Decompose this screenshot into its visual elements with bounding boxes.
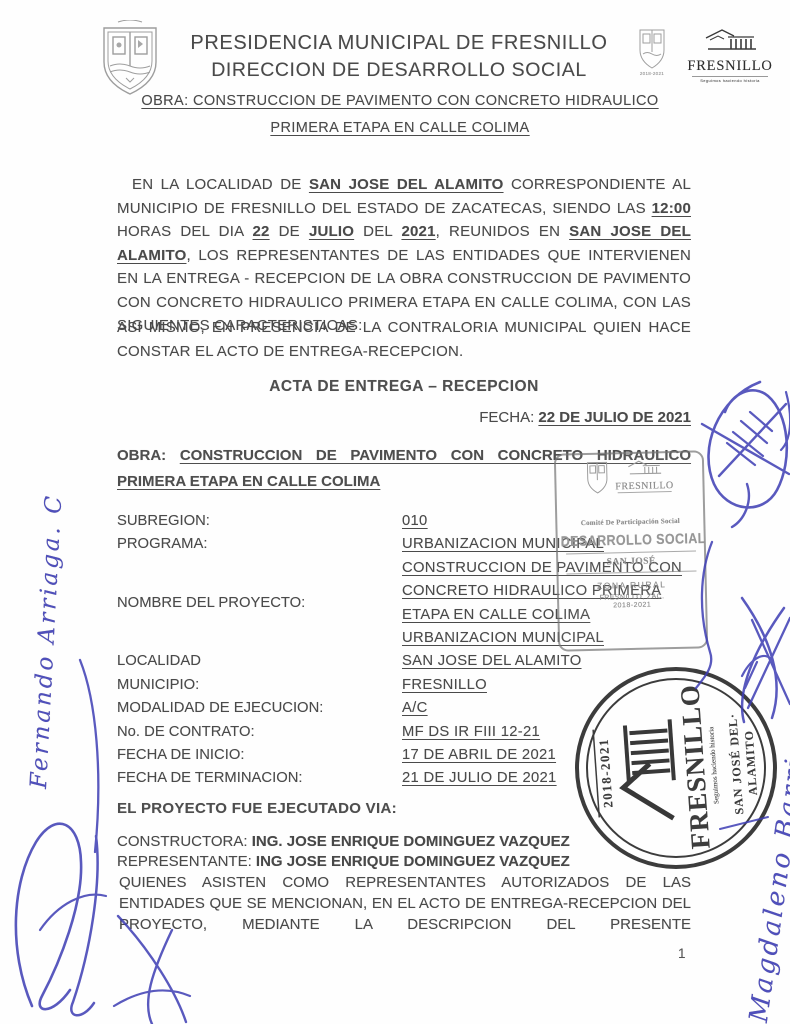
text-run: HORAS DEL DIA: [117, 223, 253, 240]
header-title-line1: PRESIDENCIA MUNICIPAL DE FRESNILLO: [168, 30, 630, 57]
field-label: FECHA DE TERMINACION:: [117, 767, 402, 790]
representante-label: REPRESENTANTE:: [117, 853, 252, 870]
field-label: NOMBRE DEL PROYECTO:: [117, 592, 402, 615]
field-row: MODALIDAD DE EJECUCION:A/C: [117, 697, 691, 720]
acta-title: ACTA DE ENTREGA – RECEPCION: [117, 378, 691, 396]
field-row: SUBREGION:010: [117, 510, 691, 533]
round-stamp-tagline: Seguimos haciendo historia: [707, 726, 720, 805]
obra-section: OBRA: CONSTRUCCION DE PAVIMENTO CON CONC…: [117, 443, 691, 495]
field-value: URBANIZACION MUNICIPAL: [402, 533, 691, 556]
fresnillo-logo: FRESNILLO Seguimos haciendo historia: [686, 28, 774, 83]
field-value-line: CONSTRUCCION DE PAVIMENTO CON: [402, 557, 691, 580]
field-value-line: FRESNILLO: [402, 674, 691, 697]
underlined-text-run: 22: [253, 223, 270, 240]
intro-paragraph: EN LA LOCALIDAD DE SAN JOSE DEL ALAMITO …: [117, 173, 691, 338]
round-stamp-locality2: ALAMITO: [742, 730, 761, 796]
signature-left-curve: [80, 660, 98, 852]
underlined-text-run: SAN JOSE DEL ALAMITO: [309, 176, 504, 193]
field-value-line: URBANIZACION MUNICIPAL: [402, 627, 691, 650]
obra-section-line2: PRIMERA ETAPA EN CALLE COLIMA: [117, 473, 380, 490]
fresnillo-logo-text: FRESNILLO: [686, 58, 774, 75]
field-value: 17 DE ABRIL DE 2021: [402, 744, 691, 767]
field-value: SAN JOSE DEL ALAMITO: [402, 650, 691, 673]
field-row: PROGRAMA:URBANIZACION MUNICIPAL: [117, 533, 691, 556]
field-value-line: 010: [402, 510, 691, 533]
constructora-line: CONSTRUCTORA: ING. JOSE ENRIQUE DOMINGUE…: [117, 832, 691, 852]
signature-top-right: [702, 382, 790, 527]
execution-block: CONSTRUCTORA: ING. JOSE ENRIQUE DOMINGUE…: [117, 832, 691, 871]
underlined-text-run: 12:00: [652, 200, 691, 217]
field-value: FRESNILLO: [402, 674, 691, 697]
field-value: CONSTRUCCION DE PAVIMENTO CONCONCRETO HI…: [402, 557, 691, 651]
field-label: SUBREGION:: [117, 510, 402, 533]
representante-line: REPRESENTANTE: ING JOSE ENRIQUE DOMINGUE…: [117, 852, 691, 872]
signature-mark-right: [720, 656, 770, 829]
field-value: 010: [402, 510, 691, 533]
ayuntamiento-shield-icon: 2018-2021: [632, 28, 672, 76]
obra-heading-line1: CONSTRUCCION DE PAVIMENTO CON CONCRETO H…: [193, 93, 659, 109]
obra-heading-line2: PRIMERA ETAPA EN CALLE COLIMA: [270, 120, 529, 136]
field-value-line: URBANIZACION MUNICIPAL: [402, 533, 691, 556]
header-title-line2: DIRECCION DE DESARROLLO SOCIAL: [168, 57, 630, 83]
field-label: No. DE CONTRATO:: [117, 721, 402, 744]
representante-value: ING JOSE ENRIQUE DOMINGUEZ VAZQUEZ: [256, 853, 570, 870]
obra-heading: OBRA: CONSTRUCCION DE PAVIMENTO CON CONC…: [100, 88, 700, 142]
text-run: , REUNIDOS EN: [436, 223, 570, 240]
text-run: DE: [270, 223, 309, 240]
field-label: LOCALIDAD: [117, 650, 402, 673]
fresnillo-logo-tagline: Seguimos haciendo historia: [692, 76, 768, 83]
handwritten-name-left: Fernando Arriaga. C: [26, 493, 67, 790]
fresnillo-building-icon: [704, 28, 756, 52]
field-value-line: SAN JOSE DEL ALAMITO: [402, 650, 691, 673]
obra-section-label: OBRA:: [117, 447, 166, 464]
field-value-line: MF DS IR FIII 12-21: [402, 721, 691, 744]
field-value-line: A/C: [402, 697, 691, 720]
field-row: FECHA DE TERMINACION:21 DE JULIO DE 2021: [117, 767, 691, 790]
obra-heading-label: OBRA:: [141, 93, 188, 109]
obra-section-line1: CONSTRUCCION DE PAVIMENTO CON CONCRETO H…: [180, 447, 691, 464]
project-fields-table: SUBREGION:010PROGRAMA:URBANIZACION MUNIC…: [117, 510, 691, 791]
field-row: No. DE CONTRATO:MF DS IR FIII 12-21: [117, 721, 691, 744]
field-value-line: 17 DE ABRIL DE 2021: [402, 744, 691, 767]
round-stamp-locality1: SAN JOSÉ DEL·: [725, 713, 746, 815]
field-value-line: 21 DE JULIO DE 2021: [402, 767, 691, 790]
field-value-line: CONCRETO HIDRAULICO PRIMERA: [402, 580, 691, 603]
closing-paragraph: QUIENES ASISTEN COMO REPRESENTANTES AUTO…: [119, 872, 691, 935]
field-value: 21 DE JULIO DE 2021: [402, 767, 691, 790]
shield-period-caption: 2018-2021: [632, 71, 672, 76]
contraloria-paragraph: ASI MISMO, EN PRESENCIA DE LA CONTRALORI…: [117, 316, 691, 363]
text-run: DEL: [354, 223, 401, 240]
field-row: NOMBRE DEL PROYECTO:CONSTRUCCION DE PAVI…: [117, 557, 691, 651]
field-row: MUNICIPIO:FRESNILLO: [117, 674, 691, 697]
text-run: EN LA LOCALIDAD DE: [132, 176, 309, 193]
document-header: PRESIDENCIA MUNICIPAL DE FRESNILLO DIREC…: [168, 30, 630, 83]
field-row: LOCALIDADSAN JOSE DEL ALAMITO: [117, 650, 691, 673]
field-value-line: ETAPA EN CALLE COLIMA: [402, 604, 691, 627]
scanned-document-page: PRESIDENCIA MUNICIPAL DE FRESNILLO DIREC…: [0, 0, 790, 1024]
handwritten-name-right: Magdaleno Barrios: [744, 720, 790, 1024]
signature-right-middle: [696, 542, 790, 722]
fecha-label: FECHA:: [479, 409, 534, 426]
field-label: MUNICIPIO:: [117, 674, 402, 697]
fecha-value: 22 DE JULIO DE 2021: [538, 409, 691, 426]
constructora-label: CONSTRUCTORA:: [117, 833, 248, 850]
field-label: PROGRAMA:: [117, 533, 402, 556]
page-number: 1: [678, 946, 686, 961]
field-label: FECHA DE INICIO:: [117, 744, 402, 767]
field-label: MODALIDAD DE EJECUCION:: [117, 697, 402, 720]
field-row: FECHA DE INICIO:17 DE ABRIL DE 2021: [117, 744, 691, 767]
constructora-value: ING. JOSE ENRIQUE DOMINGUEZ VAZQUEZ: [252, 833, 570, 850]
underlined-text-run: JULIO: [309, 223, 354, 240]
underlined-text-run: 2021: [401, 223, 435, 240]
field-value: A/C: [402, 697, 691, 720]
execution-heading: EL PROYECTO FUE EJECUTADO VIA:: [117, 800, 397, 817]
fecha-line: FECHA: 22 DE JULIO DE 2021: [117, 409, 691, 426]
field-value: MF DS IR FIII 12-21: [402, 721, 691, 744]
